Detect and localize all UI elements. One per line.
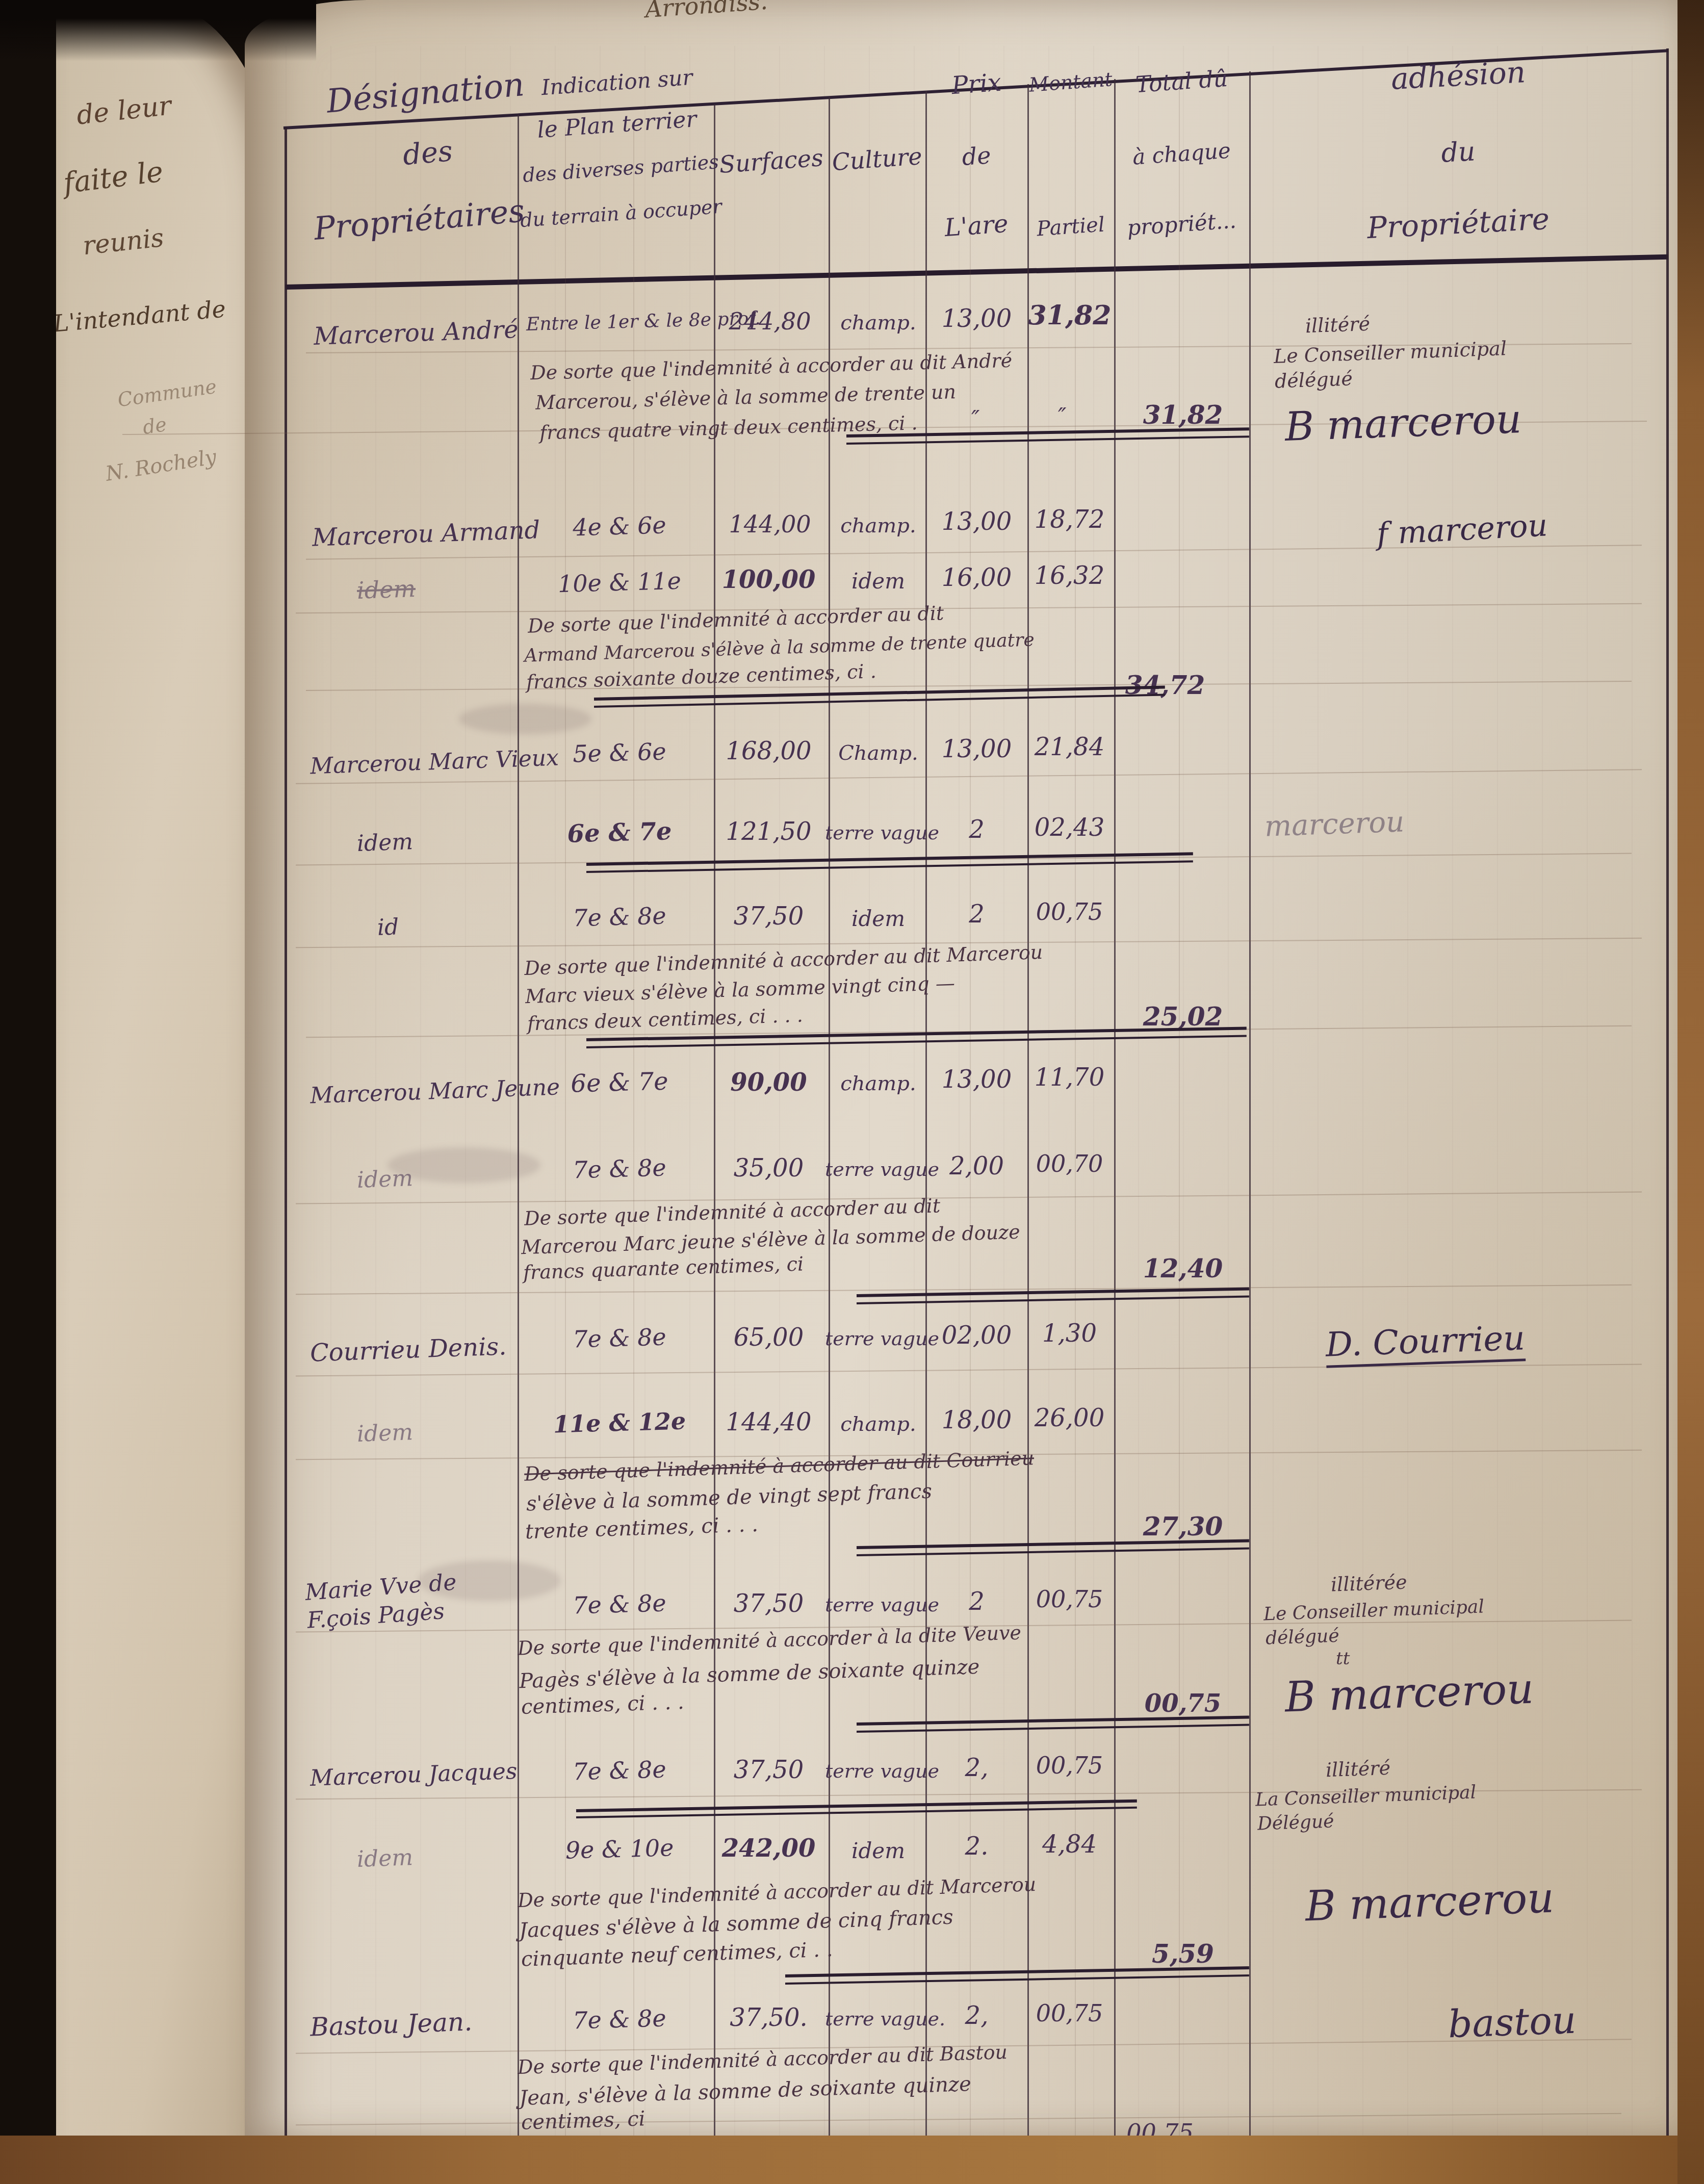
surface-value: 37,50. bbox=[714, 2005, 823, 2031]
table-surface-wood-right bbox=[1677, 0, 1704, 2184]
plan-indication: 11e & 12e bbox=[525, 1408, 714, 1437]
total-value: 5,59 bbox=[1119, 1941, 1247, 1968]
table-surface-wood bbox=[0, 2136, 1704, 2184]
owner-signature: D. Courrieu bbox=[1325, 1320, 1526, 1368]
surface-value: 65,00 bbox=[714, 1325, 823, 1350]
table-right-border bbox=[1666, 48, 1669, 2142]
prix-value: 02,00 bbox=[927, 1323, 1026, 1348]
plan-indication: 10e & 11e bbox=[525, 568, 714, 597]
owner-name: id bbox=[377, 915, 399, 940]
column-line bbox=[1249, 71, 1251, 2142]
margin-fragment: reunis bbox=[82, 224, 165, 260]
owner-name: idem bbox=[356, 1167, 414, 1192]
column-line bbox=[518, 115, 519, 2142]
montant-value: 1,30 bbox=[1025, 1321, 1114, 1346]
plan-indication: 7e & 8e bbox=[525, 1589, 714, 1619]
montant-value: 4,84 bbox=[1025, 1832, 1114, 1857]
owner-signature: B marcerou bbox=[1284, 399, 1522, 449]
montant-value: 21,84 bbox=[1025, 734, 1114, 760]
culture-value: terre vague. bbox=[825, 2009, 932, 2029]
indemnity-note-line: centimes, ci . . . bbox=[521, 1691, 684, 1718]
owner-signature: B marcerou bbox=[1284, 1667, 1535, 1720]
prix-value: 2. bbox=[927, 1834, 1026, 1859]
adhesion-line: illitérée bbox=[1330, 1572, 1407, 1595]
plan-indication: 7e & 8e bbox=[525, 1154, 714, 1184]
prix-value: 2 bbox=[927, 902, 1026, 927]
plan-indication: 6e & 7e bbox=[525, 1067, 714, 1098]
culture-value: terre vague bbox=[825, 1329, 932, 1349]
ditto-mark: ″ bbox=[1058, 405, 1066, 429]
plan-indication: 7e & 8e bbox=[525, 1323, 714, 1353]
owner-signature: f marcerou bbox=[1376, 509, 1548, 550]
montant-value: 00,70 bbox=[1025, 1151, 1114, 1176]
plan-indication: 5e & 6e bbox=[525, 738, 714, 767]
adhesion-line: Délégué bbox=[1257, 1812, 1334, 1834]
prix-value: 13,00 bbox=[927, 1067, 1026, 1092]
prix-value: 2 bbox=[927, 1589, 1026, 1614]
surface-value: 100,00 bbox=[714, 567, 823, 593]
surface-value: 121,50 bbox=[714, 819, 823, 844]
column-line bbox=[1114, 79, 1116, 2142]
plan-indication: 7e & 8e bbox=[525, 902, 714, 932]
total-value: 00,75 bbox=[1119, 1691, 1247, 1716]
table-left-border bbox=[285, 127, 287, 2142]
total-value: 31,82 bbox=[1119, 402, 1247, 429]
total-value: 12,40 bbox=[1119, 1255, 1247, 1282]
montant-value: 00,75 bbox=[1025, 1753, 1114, 1778]
ink-smudge bbox=[459, 704, 591, 734]
adhesion-line: illitéré bbox=[1325, 1758, 1390, 1781]
adhesion-line: tt bbox=[1336, 1650, 1350, 1668]
culture-value: terre vague bbox=[825, 1595, 932, 1615]
prix-value: 2, bbox=[927, 2003, 1026, 2028]
surface-value: 242,00 bbox=[714, 1836, 823, 1861]
surface-value: 144,00 bbox=[716, 512, 823, 536]
montant-value: 16,32 bbox=[1025, 563, 1114, 588]
prix-value: 13,00 bbox=[927, 736, 1026, 762]
margin-fragment: faite le bbox=[62, 157, 165, 199]
culture-value: champ. bbox=[831, 515, 925, 536]
plan-indication: 7e & 8e bbox=[525, 1756, 714, 1785]
montant-value: 00,75 bbox=[1025, 2001, 1114, 2025]
plan-indication: 9e & 10e bbox=[525, 1834, 714, 1864]
culture-value: terre vague bbox=[825, 823, 932, 843]
total-value: 27,30 bbox=[1119, 1513, 1247, 1540]
culture-value: champ. bbox=[831, 1414, 925, 1435]
adhesion-line: illitéré bbox=[1305, 314, 1370, 337]
montant-value: 00,75 bbox=[1025, 1587, 1114, 1611]
culture-value: terre vague bbox=[825, 1761, 932, 1782]
header-montant-2: Partiel bbox=[1027, 213, 1115, 241]
margin-fragment: de leur bbox=[75, 92, 173, 130]
surface-value: 144,40 bbox=[714, 1409, 823, 1435]
owner-name: Bastou Jean. bbox=[309, 2008, 473, 2041]
surface-value: 90,00 bbox=[714, 1070, 823, 1095]
header-culture: Culture bbox=[828, 143, 926, 174]
adhesion-line: délégué bbox=[1274, 369, 1353, 392]
adhesion-line: délégué bbox=[1265, 1626, 1339, 1648]
plan-indication: 7e & 8e bbox=[525, 2005, 714, 2034]
margin-fragment: L'intendant de bbox=[56, 296, 227, 336]
culture-value: idem bbox=[831, 1840, 925, 1862]
culture-value: champ. bbox=[831, 1073, 925, 1094]
owner-name: Courrieu Denis. bbox=[309, 1333, 507, 1366]
prix-value: 2,00 bbox=[927, 1153, 1026, 1179]
montant-value: 02,43 bbox=[1025, 815, 1114, 840]
surface-value: 168,00 bbox=[714, 738, 823, 764]
ditto-mark: ″ bbox=[971, 408, 979, 431]
culture-value: idem bbox=[831, 570, 925, 593]
montant-value: 11,70 bbox=[1025, 1065, 1114, 1090]
owner-signature: bastou bbox=[1448, 2001, 1577, 2045]
culture-value: terre vague bbox=[825, 1160, 932, 1180]
margin-fragment: Commune bbox=[116, 377, 218, 411]
owner-name: idem bbox=[356, 1846, 414, 1871]
surface-value: 37,50 bbox=[714, 1591, 823, 1616]
owner-signature: marcerou bbox=[1264, 807, 1405, 842]
owner-name: idem bbox=[356, 576, 416, 603]
total-value: 25,02 bbox=[1119, 1004, 1247, 1031]
plan-indication: 4e & 6e bbox=[525, 511, 714, 541]
culture-value: champ. bbox=[831, 312, 925, 333]
culture-value: idem bbox=[831, 908, 925, 930]
surface-value: 35,00 bbox=[714, 1155, 823, 1181]
montant-value: 18,72 bbox=[1025, 507, 1114, 532]
photo-shadow-corner bbox=[0, 0, 316, 61]
prix-value: 13,00 bbox=[927, 509, 1026, 534]
montant-value: 26,00 bbox=[1025, 1405, 1114, 1431]
surface-value: 37,50 bbox=[714, 904, 823, 929]
montant-value: 31,82 bbox=[1024, 302, 1116, 330]
surface-value: 37,50 bbox=[714, 1757, 823, 1783]
owner-name: idem bbox=[356, 830, 414, 856]
plan-indication: 6e & 7e bbox=[525, 817, 714, 848]
surface-value: 244,80 bbox=[716, 309, 823, 333]
prix-value: 2, bbox=[927, 1755, 1026, 1781]
prix-value: 13,00 bbox=[927, 306, 1026, 331]
prix-value: 16,00 bbox=[927, 565, 1026, 590]
faint-guide-line bbox=[1179, 76, 1180, 2142]
owner-name: idem bbox=[356, 1421, 414, 1446]
prix-value: 18,00 bbox=[927, 1407, 1026, 1433]
prix-value: 2 bbox=[927, 817, 1026, 842]
margin-fragment: N. Rochely bbox=[104, 446, 218, 485]
owner-signature: B marcerou bbox=[1305, 1877, 1555, 1929]
header-designation-2: des bbox=[402, 137, 454, 171]
indemnity-note-line: centimes, ci bbox=[521, 2108, 646, 2134]
montant-value: 00,75 bbox=[1025, 900, 1114, 924]
owner-name: Marcerou André bbox=[313, 317, 519, 349]
culture-value: Champ. bbox=[831, 742, 925, 764]
